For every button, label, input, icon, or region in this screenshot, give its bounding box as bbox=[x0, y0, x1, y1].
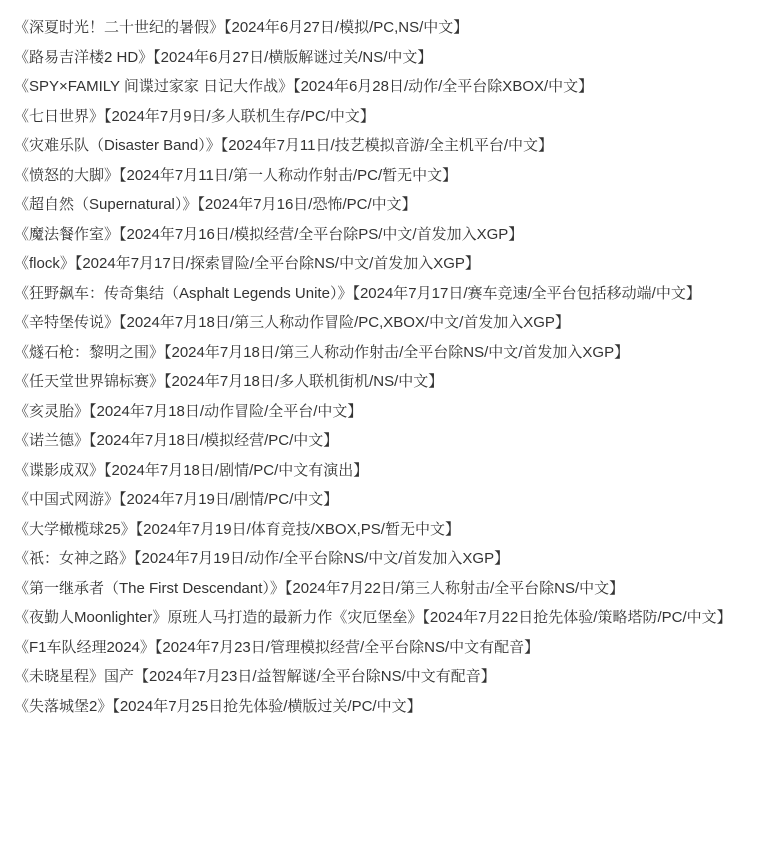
release-line: 《魔法餐作室》【2024年7月16日/模拟经营/全平台除PS/中文/首发加入XG… bbox=[14, 220, 757, 250]
release-line: 《诺兰德》【2024年7月18日/模拟经营/PC/中文】 bbox=[14, 426, 757, 456]
release-line: 《未晓星程》国产【2024年7月23日/益智解谜/全平台除NS/中文有配音】 bbox=[14, 662, 757, 692]
release-line: 《flock》【2024年7月17日/探索冒险/全平台除NS/中文/首发加入XG… bbox=[14, 249, 757, 279]
release-line: 《夜勤人Moonlighter》原班人马打造的最新力作《灾厄堡垒》【2024年7… bbox=[14, 603, 757, 633]
release-line: 《SPY×FAMILY 间谍过家家 日记大作战》【2024年6月28日/动作/全… bbox=[14, 72, 757, 102]
release-line: 《狂野飙车：传奇集结（Asphalt Legends Unite）》【2024年… bbox=[14, 279, 757, 309]
release-line: 《灾难乐队（Disaster Band）》【2024年7月11日/技艺模拟音游/… bbox=[14, 131, 757, 161]
release-line: 《大学橄榄球25》【2024年7月19日/体育竞技/XBOX,PS/暂无中文】 bbox=[14, 515, 757, 545]
release-line: 《路易吉洋楼2 HD》【2024年6月27日/横版解谜过关/NS/中文】 bbox=[14, 43, 757, 73]
release-line: 《任天堂世界锦标赛》【2024年7月18日/多人联机街机/NS/中文】 bbox=[14, 367, 757, 397]
release-line: 《第一继承者（The First Descendant）》【2024年7月22日… bbox=[14, 574, 757, 604]
release-line: 《愤怒的大脚》【2024年7月11日/第一人称动作射击/PC/暂无中文】 bbox=[14, 161, 757, 191]
release-list: 《深夏时光！二十世纪的暑假》【2024年6月27日/模拟/PC,NS/中文】 《… bbox=[0, 0, 767, 721]
release-line: 《辛特堡传说》【2024年7月18日/第三人称动作冒险/PC,XBOX/中文/首… bbox=[14, 308, 757, 338]
release-line: 《失落城堡2》【2024年7月25日抢先体验/横版过关/PC/中文】 bbox=[14, 692, 757, 722]
release-line: 《燧石枪：黎明之围》【2024年7月18日/第三人称动作射击/全平台除NS/中文… bbox=[14, 338, 757, 368]
release-line: 《中国式网游》【2024年7月19日/剧情/PC/中文】 bbox=[14, 485, 757, 515]
release-line: 《亥灵胎》【2024年7月18日/动作冒险/全平台/中文】 bbox=[14, 397, 757, 427]
release-line: 《谍影成双》【2024年7月18日/剧情/PC/中文有演出】 bbox=[14, 456, 757, 486]
release-line: 《深夏时光！二十世纪的暑假》【2024年6月27日/模拟/PC,NS/中文】 bbox=[14, 13, 757, 43]
release-line: 《F1车队经理2024》【2024年7月23日/管理模拟经营/全平台除NS/中文… bbox=[14, 633, 757, 663]
release-line: 《祇：女神之路》【2024年7月19日/动作/全平台除NS/中文/首发加入XGP… bbox=[14, 544, 757, 574]
release-line: 《七日世界》【2024年7月9日/多人联机生存/PC/中文】 bbox=[14, 102, 757, 132]
release-line: 《超自然（Supernatural）》【2024年7月16日/恐怖/PC/中文】 bbox=[14, 190, 757, 220]
